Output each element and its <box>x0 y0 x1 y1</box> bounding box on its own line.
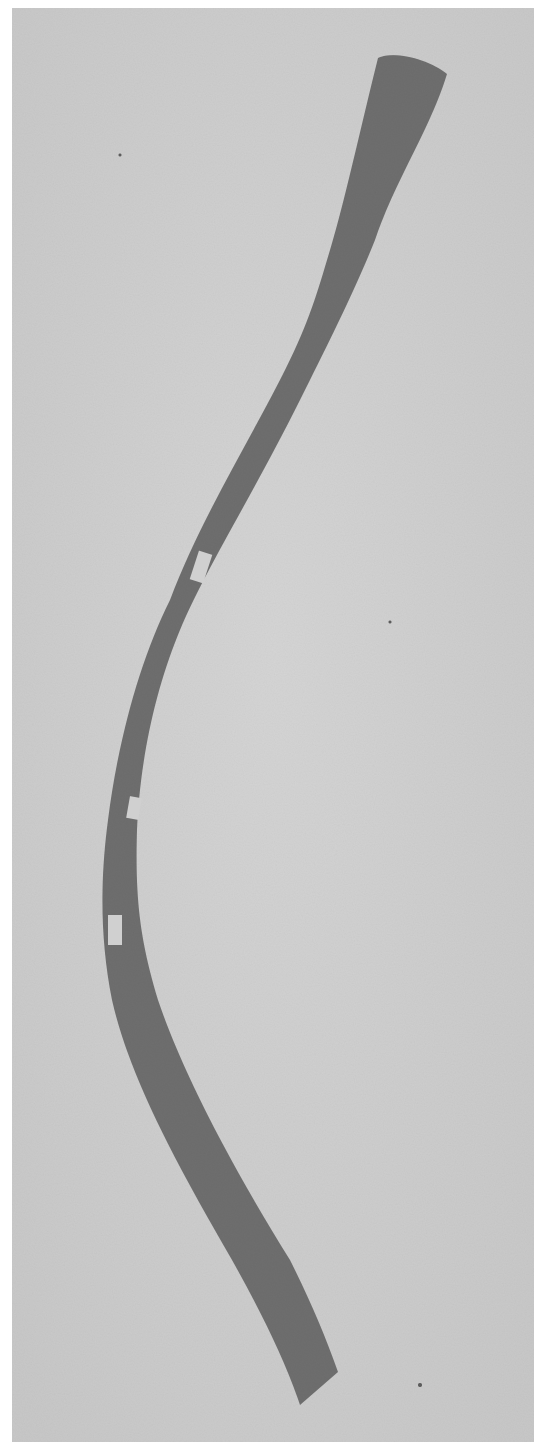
background-speck <box>119 154 122 157</box>
background-speck <box>418 1383 422 1387</box>
background-texture <box>12 8 534 1442</box>
highlight-patch <box>108 915 122 945</box>
background-speck <box>389 621 392 624</box>
artifact-photo <box>0 0 538 1446</box>
photo-canvas <box>0 0 538 1446</box>
